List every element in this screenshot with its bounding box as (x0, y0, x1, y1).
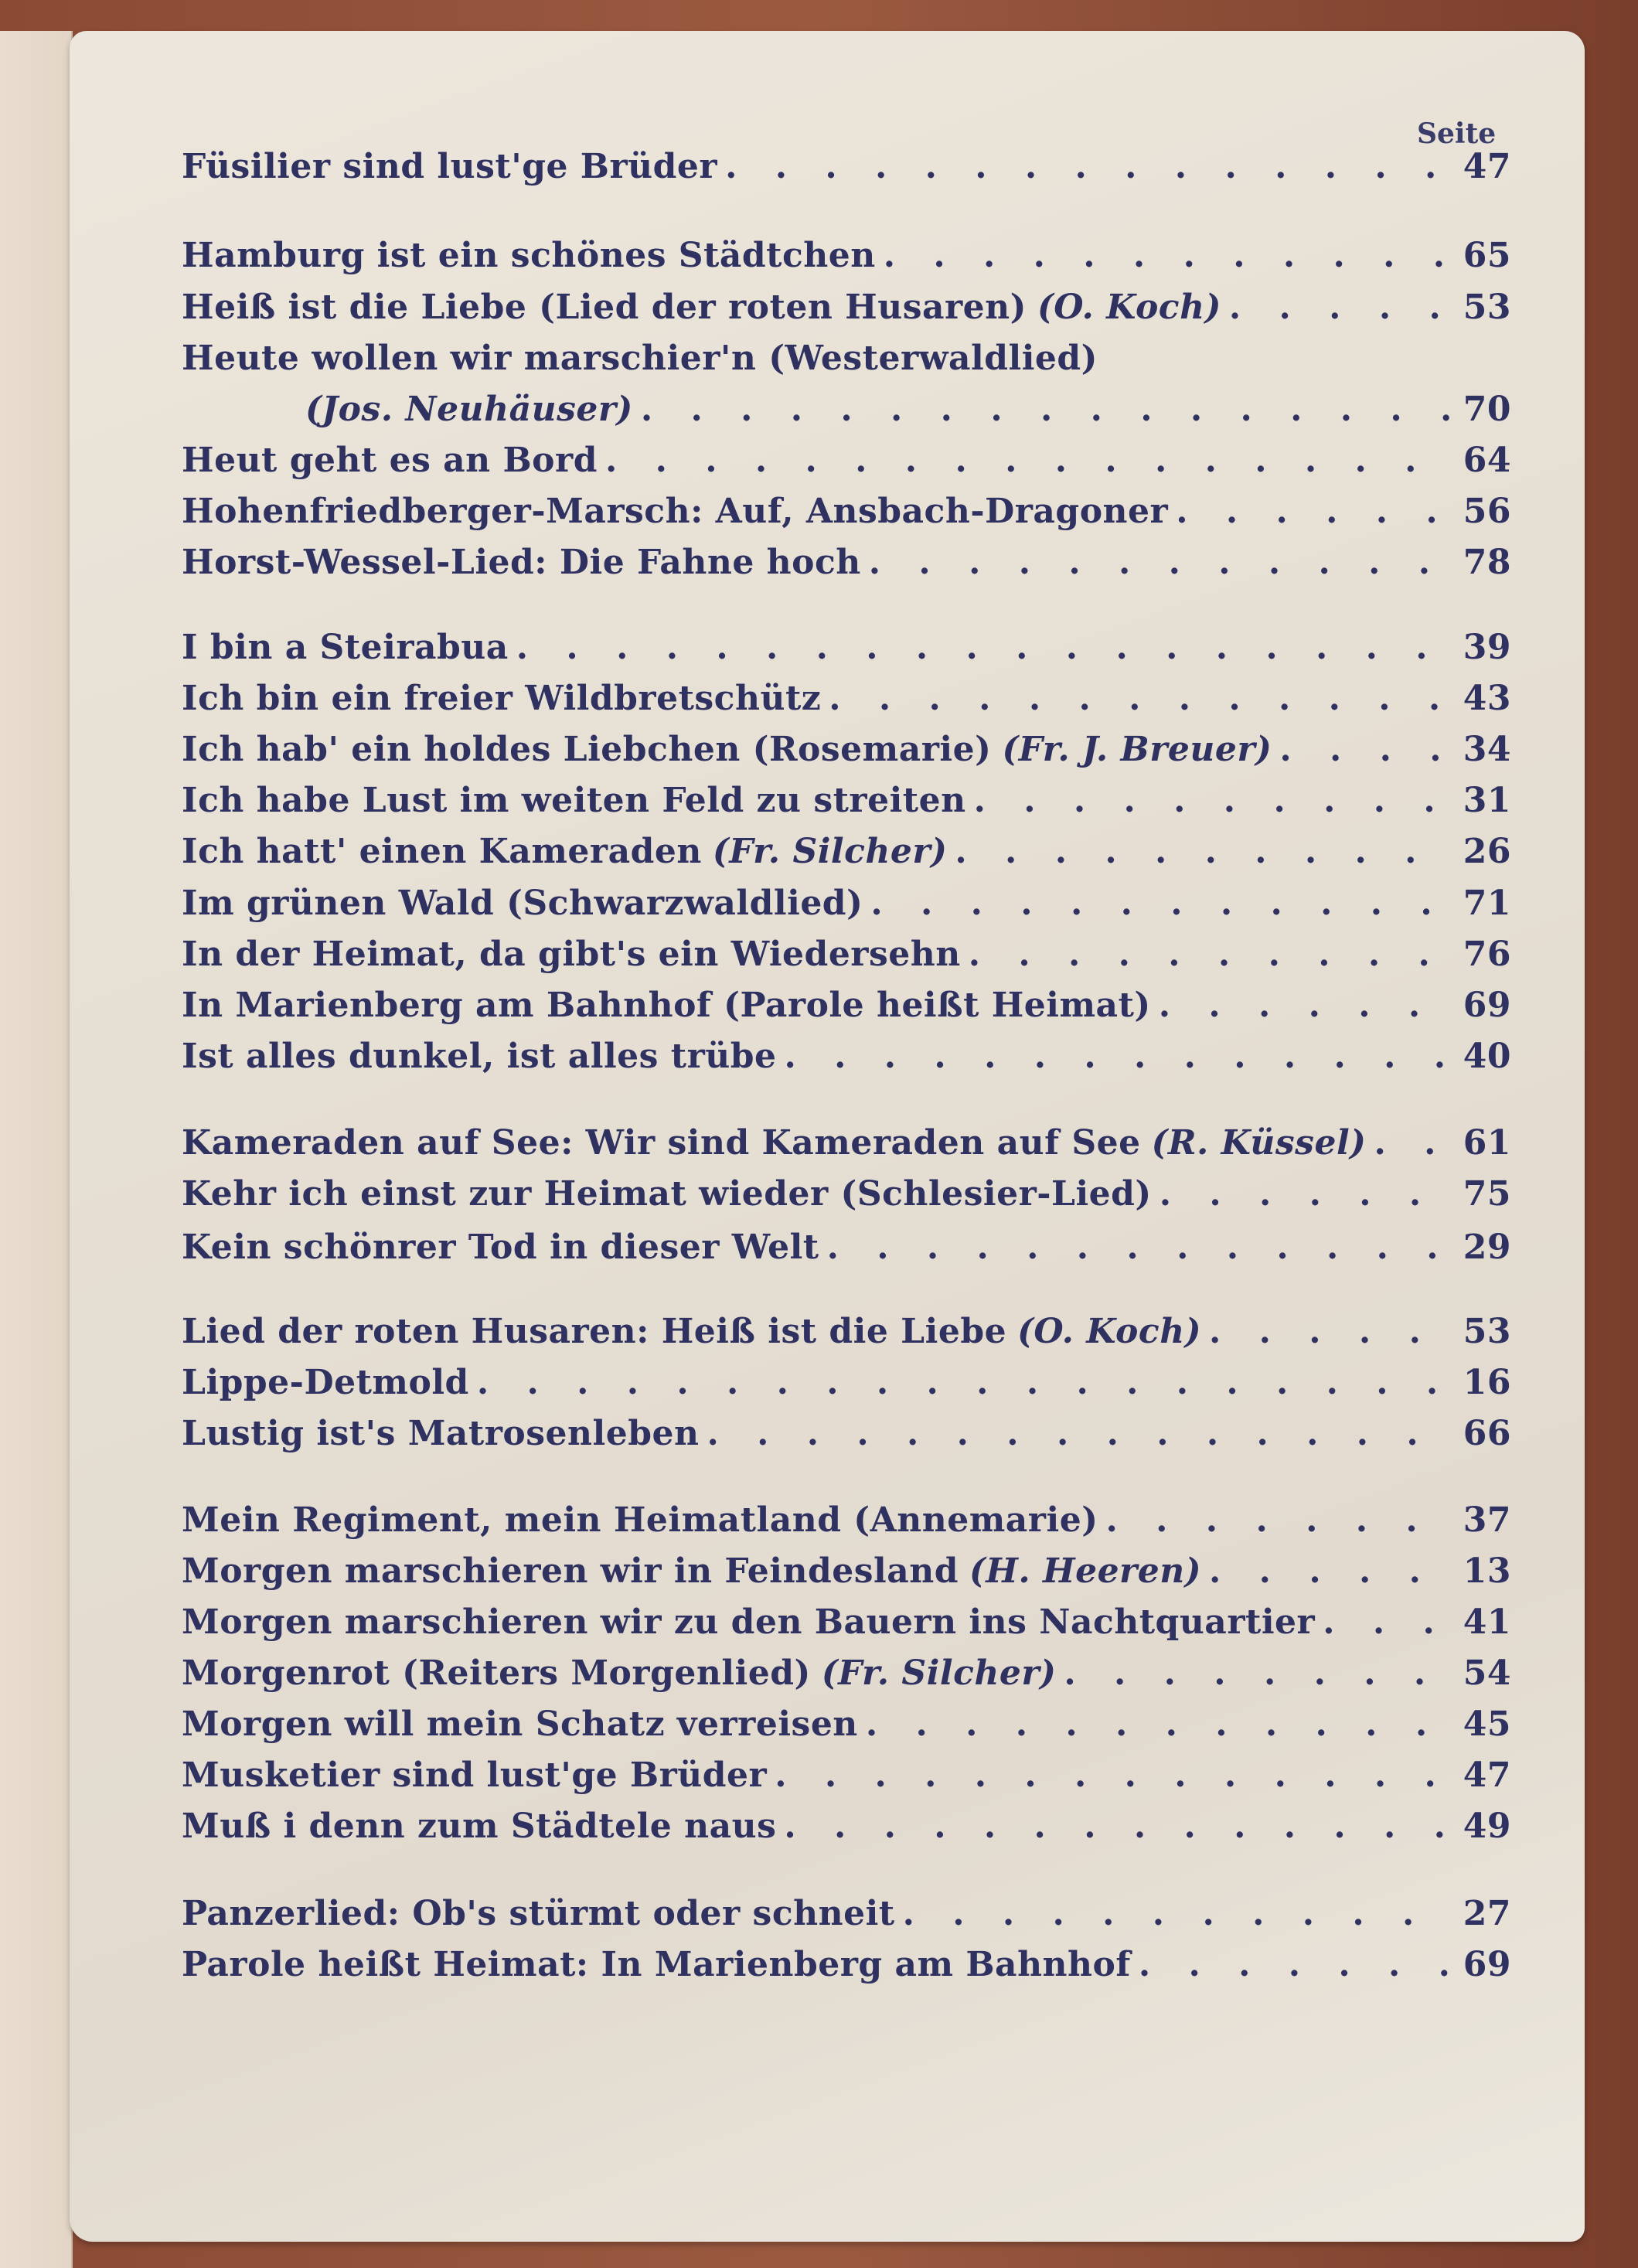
entry-author: (R. Küssel) (1152, 1123, 1367, 1163)
entry-title: Morgen will mein Schatz verreisen (182, 1704, 858, 1744)
entry-page-number: 54 (1457, 1653, 1511, 1693)
dot-leader (1209, 1312, 1449, 1351)
entry-page-number: 70 (1457, 390, 1511, 429)
dot-leader (903, 1894, 1449, 1933)
entry-title: Heute wollen wir marschier'n (Westerwald… (182, 339, 1098, 378)
toc-entry: Lippe-Detmold16 (182, 1363, 1511, 1409)
entry-title: Mein Regiment, mein Heimatland (Annemari… (182, 1500, 1098, 1540)
dot-leader (1159, 986, 1449, 1025)
entry-author: (Jos. Neuhäuser) (305, 390, 633, 429)
entry-title: Ich hab' ein holdes Liebchen (Rosemarie) (182, 730, 991, 769)
toc-entry: Lustig ist's Matrosenleben66 (182, 1414, 1511, 1460)
dot-leader (1323, 1602, 1449, 1642)
entry-title: Heut geht es an Bord (182, 441, 598, 480)
dot-leader (516, 628, 1449, 667)
entry-page-number: 39 (1457, 628, 1511, 667)
toc-entry: Mein Regiment, mein Heimatland (Annemari… (182, 1500, 1511, 1547)
entry-page-number: 56 (1457, 492, 1511, 531)
toc-entry: Ich hab' ein holdes Liebchen (Rosemarie)… (182, 730, 1511, 776)
entry-page-number: 26 (1457, 832, 1511, 871)
entry-title: Kehr ich einst zur Heimat wieder (Schles… (182, 1174, 1152, 1214)
entry-author: (H. Heeren) (969, 1551, 1201, 1591)
dot-leader (785, 1037, 1449, 1076)
entry-page-number: 76 (1457, 935, 1511, 974)
dot-leader (866, 1704, 1449, 1744)
toc-entry: Kehr ich einst zur Heimat wieder (Schles… (182, 1174, 1511, 1221)
entry-page-number: 61 (1457, 1123, 1511, 1163)
toc-entry: Heiß ist die Liebe (Lied der roten Husar… (182, 288, 1511, 334)
entry-page-number: 47 (1457, 147, 1511, 186)
dot-leader (775, 1755, 1449, 1795)
dot-leader (869, 543, 1449, 582)
dot-leader (784, 1807, 1449, 1846)
toc-entry: Musketier sind lust'ge Brüder47 (182, 1755, 1511, 1802)
entry-author: (Fr. Silcher) (822, 1653, 1057, 1693)
entry-title: Ich hatt' einen Kameraden (182, 832, 702, 871)
entry-title: Lippe-Detmold (182, 1363, 469, 1402)
entry-page-number: 53 (1457, 288, 1511, 327)
toc-entry: Ich hatt' einen Kameraden(Fr. Silcher)26 (182, 832, 1511, 878)
page-column-label: Seite (1417, 117, 1496, 150)
entry-title: Parole heißt Heimat: In Marienberg am Ba… (182, 1945, 1131, 1984)
dot-leader (827, 1228, 1449, 1267)
dot-leader (969, 935, 1449, 974)
entry-page-number: 64 (1457, 441, 1511, 480)
entry-title: Füsilier sind lust'ge Brüder (182, 147, 717, 186)
dot-leader (1279, 730, 1449, 769)
entry-page-number: 47 (1457, 1755, 1511, 1795)
dot-leader (605, 441, 1449, 480)
dot-leader (955, 832, 1449, 871)
toc-entry: Morgen marschieren wir zu den Bauern ins… (182, 1602, 1511, 1649)
dot-leader (641, 390, 1449, 429)
entry-page-number: 34 (1457, 730, 1511, 769)
entry-page-number: 69 (1457, 986, 1511, 1025)
toc-entry: Ist alles dunkel, ist alles trübe40 (182, 1037, 1511, 1083)
entry-page-number: 65 (1457, 236, 1511, 275)
entry-page-number: 41 (1457, 1602, 1511, 1642)
dot-leader (1064, 1653, 1449, 1693)
toc-entry: Muß i denn zum Städtele naus49 (182, 1807, 1511, 1853)
entry-author: (O. Koch) (1037, 288, 1221, 327)
entry-page-number: 16 (1457, 1363, 1511, 1402)
entry-page-number: 71 (1457, 884, 1511, 923)
entry-page-number: 29 (1457, 1228, 1511, 1267)
dot-leader (829, 679, 1449, 718)
entry-title: Musketier sind lust'ge Brüder (182, 1755, 767, 1795)
toc-entry: Hohenfriedberger-Marsch: Auf, Ansbach-Dr… (182, 492, 1511, 538)
entry-title: Lied der roten Husaren: Heiß ist die Lie… (182, 1312, 1006, 1351)
entry-page-number: 27 (1457, 1894, 1511, 1933)
facing-page-edge (0, 31, 73, 2268)
dot-leader (1106, 1500, 1449, 1540)
entry-title: Hamburg ist ein schönes Städtchen (182, 236, 876, 275)
entry-title: Panzerlied: Ob's stürmt oder schneit (182, 1894, 895, 1933)
entry-title: Kameraden auf See: Wir sind Kameraden au… (182, 1123, 1141, 1163)
entry-title: Ist alles dunkel, ist alles trübe (182, 1037, 777, 1076)
entry-title: Heiß ist die Liebe (Lied der roten Husar… (182, 288, 1027, 327)
entry-title: In der Heimat, da gibt's ein Wiedersehn (182, 935, 961, 974)
entry-page-number: 37 (1457, 1500, 1511, 1540)
toc-entry: Ich bin ein freier Wildbretschütz43 (182, 679, 1511, 725)
toc-entry: Morgen marschieren wir in Feindesland(H.… (182, 1551, 1511, 1598)
dot-leader (1176, 492, 1449, 531)
toc-entry: Horst-Wessel-Lied: Die Fahne hoch78 (182, 543, 1511, 589)
toc-entry: I bin a Steirabua39 (182, 628, 1511, 674)
entry-title: Lustig ist's Matrosenleben (182, 1414, 699, 1453)
entry-author: (Fr. J. Breuer) (1002, 730, 1272, 769)
dot-leader (1229, 288, 1449, 327)
dot-leader (974, 781, 1449, 820)
entry-page-number: 49 (1457, 1807, 1511, 1846)
entry-title: Ich bin ein freier Wildbretschütz (182, 679, 821, 718)
toc-entry: Morgenrot (Reiters Morgenlied)(Fr. Silch… (182, 1653, 1511, 1700)
entry-page-number: 43 (1457, 679, 1511, 718)
entry-title: Morgen marschieren wir in Feindesland (182, 1551, 959, 1591)
toc-entry: Ich habe Lust im weiten Feld zu streiten… (182, 781, 1511, 827)
entry-page-number: 66 (1457, 1414, 1511, 1453)
dot-leader (870, 884, 1449, 923)
entry-page-number: 53 (1457, 1312, 1511, 1351)
toc-entry: Morgen will mein Schatz verreisen45 (182, 1704, 1511, 1751)
entry-title: I bin a Steirabua (182, 628, 509, 667)
entry-title: Kein schönrer Tod in dieser Welt (182, 1228, 819, 1267)
toc-entry: Im grünen Wald (Schwarzwaldlied)71 (182, 884, 1511, 930)
entry-page-number: 13 (1457, 1551, 1511, 1591)
dot-leader (884, 236, 1449, 275)
toc-entry: In der Heimat, da gibt's ein Wiedersehn7… (182, 935, 1511, 981)
toc-entry: In Marienberg am Bahnhof (Parole heißt H… (182, 986, 1511, 1032)
entry-page-number: 45 (1457, 1704, 1511, 1744)
dot-leader (725, 147, 1449, 186)
toc-entry: Füsilier sind lust'ge Brüder47 (182, 147, 1511, 193)
toc-entry: Lied der roten Husaren: Heiß ist die Lie… (182, 1312, 1511, 1358)
entry-title: Muß i denn zum Städtele naus (182, 1807, 776, 1846)
entry-title: In Marienberg am Bahnhof (Parole heißt H… (182, 986, 1151, 1025)
entry-page-number: 78 (1457, 543, 1511, 582)
book-page: Seite Füsilier sind lust'ge Brüder47Hamb… (70, 31, 1585, 2242)
entry-page-number: 69 (1457, 1945, 1511, 1984)
dot-leader (1209, 1551, 1449, 1591)
toc-entry: Heute wollen wir marschier'n (Westerwald… (182, 339, 1511, 385)
toc-entry: Hamburg ist ein schönes Städtchen65 (182, 236, 1511, 282)
dot-leader (1374, 1123, 1449, 1163)
dot-leader (707, 1414, 1449, 1453)
toc-entry: Kameraden auf See: Wir sind Kameraden au… (182, 1123, 1511, 1170)
toc-entry: Parole heißt Heimat: In Marienberg am Ba… (182, 1945, 1511, 1991)
toc-entry: (Jos. Neuhäuser)70 (182, 390, 1511, 436)
entry-title: Ich habe Lust im weiten Feld zu streiten (182, 781, 966, 820)
entry-title: Morgenrot (Reiters Morgenlied) (182, 1653, 811, 1693)
dot-leader (1139, 1945, 1449, 1984)
toc-entry: Kein schönrer Tod in dieser Welt29 (182, 1228, 1511, 1274)
entry-title: Morgen marschieren wir zu den Bauern ins… (182, 1602, 1315, 1642)
dot-leader (477, 1363, 1449, 1402)
toc-entry: Panzerlied: Ob's stürmt oder schneit27 (182, 1894, 1511, 1940)
entry-title: Horst-Wessel-Lied: Die Fahne hoch (182, 543, 861, 582)
dot-leader (1160, 1174, 1449, 1214)
entry-page-number: 40 (1457, 1037, 1511, 1076)
entry-title: Im grünen Wald (Schwarzwaldlied) (182, 884, 863, 923)
entry-author: (O. Koch) (1017, 1312, 1201, 1351)
entry-author: (Fr. Silcher) (713, 832, 948, 871)
entry-page-number: 75 (1457, 1174, 1511, 1214)
toc-entry: Heut geht es an Bord64 (182, 441, 1511, 487)
entry-title: Hohenfriedberger-Marsch: Auf, Ansbach-Dr… (182, 492, 1168, 531)
entry-page-number: 31 (1457, 781, 1511, 820)
